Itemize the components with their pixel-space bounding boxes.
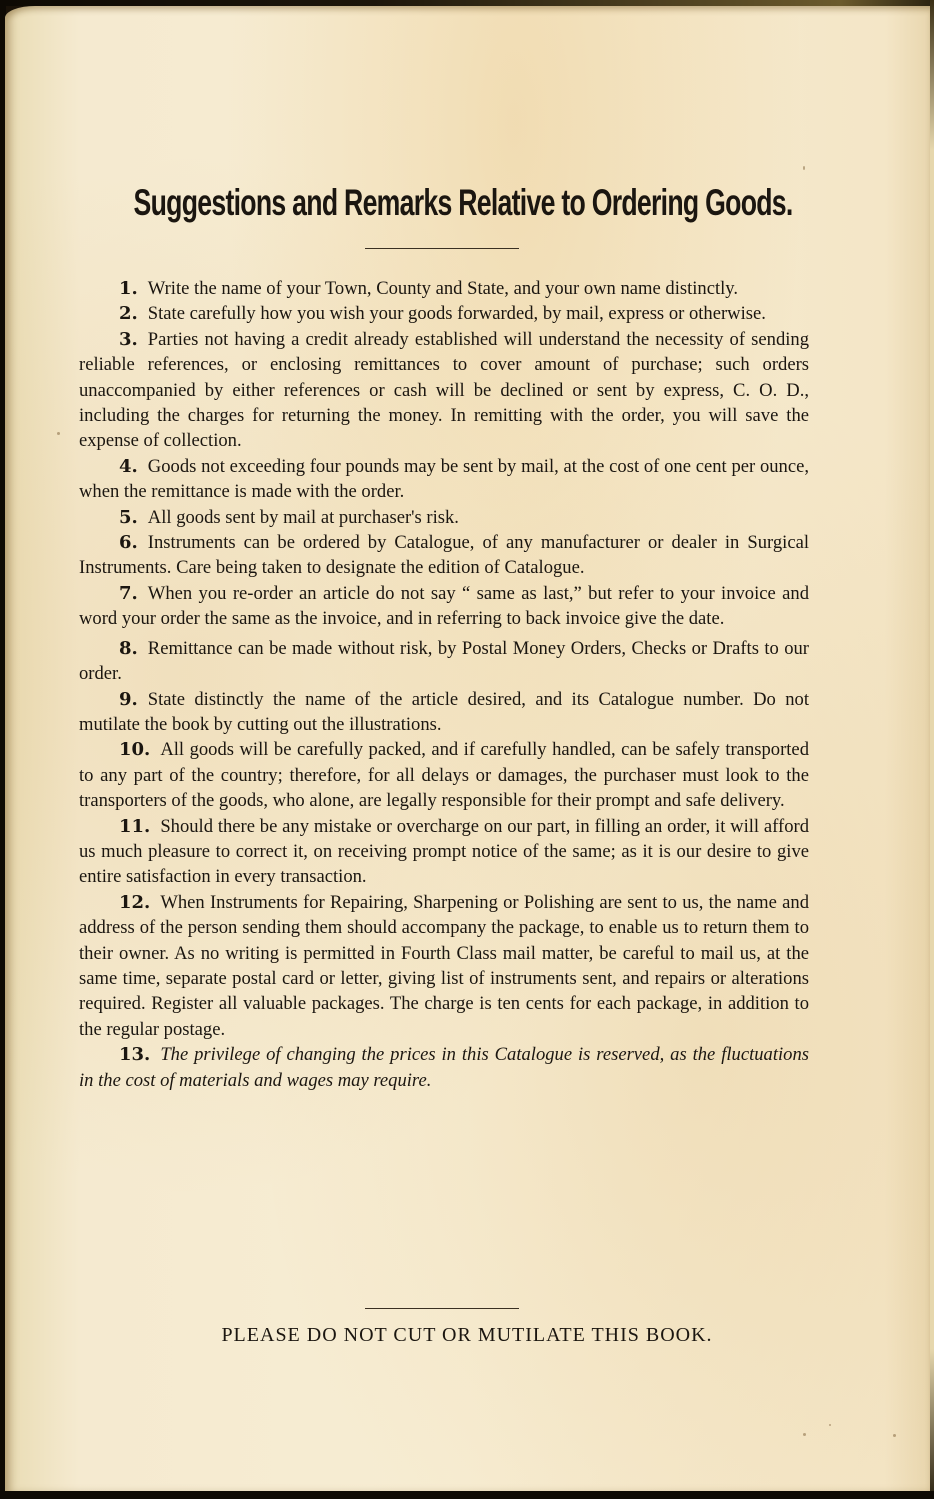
item-number: 10.: [119, 739, 150, 760]
item-text: When Instruments for Repairing, Sharpeni…: [79, 892, 809, 1040]
item-text: Should there be any mistake or overcharg…: [79, 816, 809, 888]
suggestion-item: 4.Goods not exceeding four pounds may be…: [79, 454, 809, 505]
page-title: Suggestions and Remarks Relative to Orde…: [127, 182, 799, 224]
paper-spot: [803, 1433, 806, 1436]
suggestion-item: 11.Should there be any mistake or overch…: [79, 814, 809, 890]
suggestion-item: 6.Instruments can be ordered by Catalogu…: [79, 530, 809, 581]
paper-spot: [893, 1434, 896, 1437]
suggestion-item: 9.State distinctly the name of the artic…: [79, 687, 809, 738]
paper-spot: [803, 166, 805, 170]
item-number: 9.: [119, 689, 138, 710]
suggestion-item: 10.All goods will be carefully packed, a…: [79, 737, 809, 813]
page-right-edge: [930, 0, 934, 1499]
item-number: 11.: [119, 816, 150, 837]
suggestion-item: 5.All goods sent by mail at purchaser's …: [79, 505, 809, 530]
suggestion-item: 1.Write the name of your Town, County an…: [79, 276, 809, 301]
item-text: All goods sent by mail at purchaser's ri…: [148, 507, 459, 528]
footer-notice: PLEASE DO NOT CUT OR MUTILATE THIS BOOK.: [0, 1324, 934, 1347]
item-number: 5.: [119, 507, 138, 528]
item-text: Parties not having a credit already esta…: [79, 329, 809, 452]
item-text: The privilege of changing the prices in …: [79, 1044, 809, 1090]
suggestion-item: 2.State carefully how you wish your good…: [79, 301, 809, 326]
suggestions-list: 1.Write the name of your Town, County an…: [79, 276, 809, 1093]
paper-spot: [57, 432, 60, 435]
item-number: 4.: [119, 456, 138, 477]
suggestion-item: 13.The privilege of changing the prices …: [79, 1042, 809, 1093]
item-text: When you re-order an article do not say …: [79, 583, 809, 629]
item-text: Write the name of your Town, County and …: [148, 278, 738, 299]
item-number: 12.: [119, 892, 150, 913]
page-bottom-edge: [0, 1491, 934, 1499]
item-text: Instruments can be ordered by Catalogue,…: [79, 532, 809, 578]
suggestion-item: 12.When Instruments for Repairing, Sharp…: [79, 890, 809, 1042]
item-text: Goods not exceeding four pounds may be s…: [79, 456, 809, 502]
footer-divider: [365, 1308, 519, 1309]
item-text: All goods will be carefully packed, and …: [79, 739, 809, 811]
item-number: 8.: [119, 638, 138, 659]
suggestion-item: 8.Remittance can be made without risk, b…: [79, 636, 809, 687]
item-text: Remittance can be made without risk, by …: [79, 638, 809, 684]
item-text: State distinctly the name of the article…: [79, 689, 809, 735]
item-number: 13.: [119, 1044, 150, 1065]
item-number: 6.: [119, 532, 138, 553]
item-number: 3.: [119, 329, 138, 350]
item-number: 7.: [119, 583, 138, 604]
item-text: State carefully how you wish your goods …: [148, 303, 766, 324]
suggestion-item: 3.Parties not having a credit already es…: [79, 327, 809, 454]
paper-spot: [829, 1424, 831, 1426]
suggestion-item: 7.When you re-order an article do not sa…: [79, 581, 809, 632]
title-divider: [365, 248, 519, 249]
item-number: 2.: [119, 303, 138, 324]
item-number: 1.: [119, 278, 138, 299]
